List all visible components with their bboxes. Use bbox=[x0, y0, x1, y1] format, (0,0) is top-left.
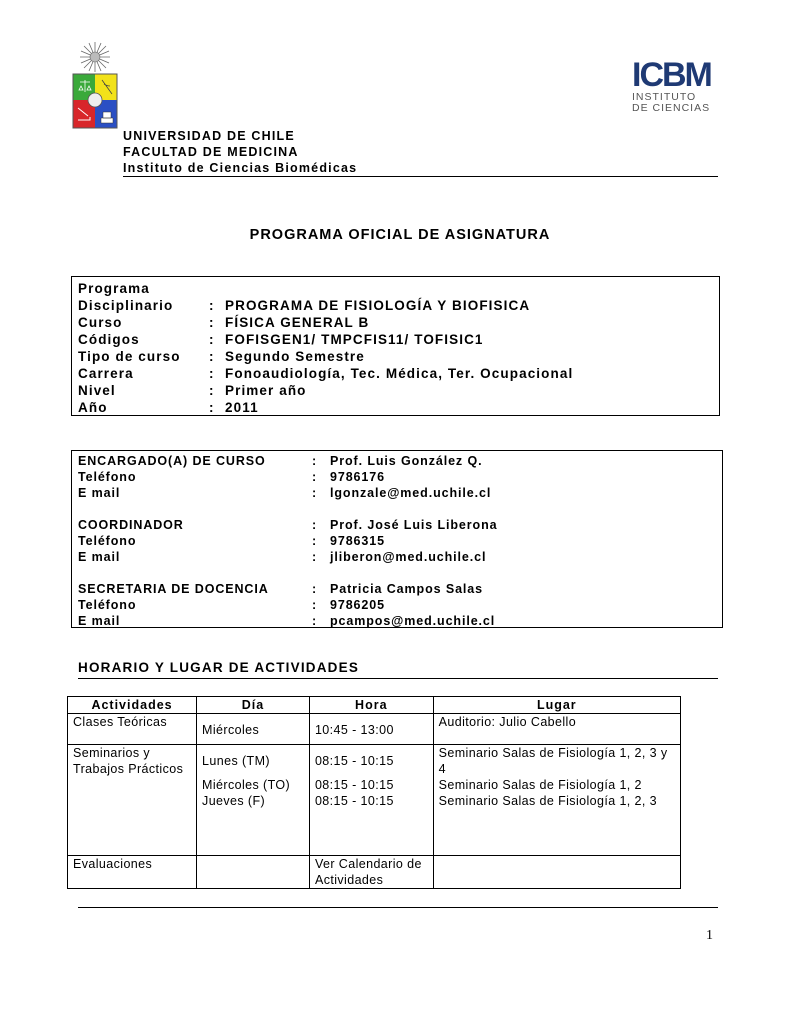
header-divider bbox=[123, 176, 718, 177]
contact-value: Prof. Luis González Q. bbox=[330, 454, 482, 468]
column-header-dia: Día bbox=[197, 697, 310, 714]
course-info-row: Nivel:Primer año bbox=[78, 382, 307, 399]
cell-dia-text: Miércoles (TO) bbox=[202, 777, 304, 793]
schedule-table: Actividades Día Hora Lugar Clases Teóric… bbox=[67, 696, 681, 889]
faculty-name: FACULTAD DE MEDICINA bbox=[123, 144, 718, 160]
university-name: UNIVERSIDAD DE CHILE bbox=[123, 128, 718, 144]
contact-label: E mail bbox=[78, 613, 312, 629]
table-header-row: Actividades Día Hora Lugar bbox=[68, 697, 681, 714]
separator: : bbox=[312, 581, 330, 597]
cell-hora-text: 08:15 - 10:15 bbox=[315, 753, 428, 769]
contact-value: 9786176 bbox=[330, 470, 385, 484]
contact-row: E mail:pcampos@med.uchile.cl bbox=[78, 613, 495, 629]
course-info-value: PROGRAMA DE FISIOLOGÍA Y BIOFISICA bbox=[225, 298, 530, 313]
column-header-actividades: Actividades bbox=[68, 697, 197, 714]
separator: : bbox=[312, 597, 330, 613]
document-title: PROGRAMA OFICIAL DE ASIGNATURA bbox=[0, 227, 800, 243]
course-info-value: FÍSICA GENERAL B bbox=[225, 315, 369, 330]
separator: : bbox=[209, 382, 225, 399]
course-info-value: Fonoaudiología, Tec. Médica, Ter. Ocupac… bbox=[225, 366, 573, 381]
course-info-row: Tipo de curso:Segundo Semestre bbox=[78, 348, 365, 365]
separator: : bbox=[312, 613, 330, 629]
course-info-row: Disciplinario:PROGRAMA DE FISIOLOGÍA Y B… bbox=[78, 297, 530, 314]
cell-dia: Miércoles bbox=[197, 714, 310, 745]
section-divider bbox=[78, 678, 718, 679]
cell-hora: Ver Calendario de Actividades bbox=[309, 856, 433, 889]
cell-lugar-text: Seminario Salas de Fisiología 1, 2, 3 bbox=[439, 793, 675, 809]
shield-icon bbox=[70, 40, 120, 134]
page-number: 1 bbox=[706, 928, 713, 944]
cell-lugar: Seminario Salas de Fisiología 1, 2, 3 y … bbox=[433, 745, 680, 856]
footer-divider bbox=[78, 907, 718, 908]
separator: : bbox=[312, 469, 330, 485]
contact-label: E mail bbox=[78, 485, 312, 501]
contacts-box: ENCARGADO(A) DE CURSO:Prof. Luis Gonzále… bbox=[71, 450, 723, 628]
cell-actividad: Clases Teóricas bbox=[68, 714, 197, 745]
course-info-row: Carrera:Fonoaudiología, Tec. Médica, Ter… bbox=[78, 365, 573, 382]
contact-value: 9786315 bbox=[330, 534, 385, 548]
universidad-de-chile-logo bbox=[70, 40, 120, 134]
cell-hora-text: 10:45 - 13:00 bbox=[315, 722, 428, 738]
separator: : bbox=[209, 399, 225, 416]
contact-row: ENCARGADO(A) DE CURSO:Prof. Luis Gonzále… bbox=[78, 453, 482, 469]
course-info-label: Tipo de curso bbox=[78, 348, 209, 365]
separator: : bbox=[312, 485, 330, 501]
cell-actividad: Evaluaciones bbox=[68, 856, 197, 889]
contact-row: E mail:lgonzale@med.uchile.cl bbox=[78, 485, 491, 501]
contact-row: E mail:jliberon@med.uchile.cl bbox=[78, 549, 486, 565]
contact-label: Teléfono bbox=[78, 533, 312, 549]
icbm-logo-mark: ICBM bbox=[632, 58, 712, 92]
course-info-label: Disciplinario bbox=[78, 297, 209, 314]
course-info-row: Códigos:FOFISGEN1/ TMPCFIS11/ TOFISIC1 bbox=[78, 331, 484, 348]
separator: : bbox=[312, 549, 330, 565]
contact-row: Teléfono:9786315 bbox=[78, 533, 385, 549]
contact-label: ENCARGADO(A) DE CURSO bbox=[78, 453, 312, 469]
course-info-label: Curso bbox=[78, 314, 209, 331]
separator: : bbox=[209, 314, 225, 331]
contact-label: E mail bbox=[78, 549, 312, 565]
cell-lugar-text: Seminario Salas de Fisiología 1, 2 bbox=[439, 777, 675, 793]
contact-row: Teléfono:9786176 bbox=[78, 469, 385, 485]
cell-dia: Lunes (TM) Miércoles (TO) Jueves (F) bbox=[197, 745, 310, 856]
table-row: Clases Teóricas Miércoles 10:45 - 13:00 … bbox=[68, 714, 681, 745]
cell-lugar bbox=[433, 856, 680, 889]
icbm-logo-line2: DE CIENCIAS bbox=[632, 103, 712, 114]
institute-name: Instituto de Ciencias Biomédicas bbox=[123, 160, 718, 176]
separator: : bbox=[209, 297, 225, 314]
cell-lugar: Auditorio: Julio Cabello bbox=[433, 714, 680, 745]
course-info-label: Códigos bbox=[78, 331, 209, 348]
contact-label: Teléfono bbox=[78, 597, 312, 613]
course-info-value: FOFISGEN1/ TMPCFIS11/ TOFISIC1 bbox=[225, 332, 484, 347]
separator: : bbox=[209, 348, 225, 365]
cell-hora: 10:45 - 13:00 bbox=[309, 714, 433, 745]
course-info-label: Carrera bbox=[78, 365, 209, 382]
course-info-value: 2011 bbox=[225, 400, 259, 415]
contact-email-link[interactable]: lgonzale@med.uchile.cl bbox=[330, 486, 491, 500]
table-row: Seminarios y Trabajos Prácticos Lunes (T… bbox=[68, 745, 681, 856]
cell-dia-text: Miércoles bbox=[202, 722, 304, 738]
course-info-row: Año:2011 bbox=[78, 399, 259, 416]
cell-actividad: Seminarios y Trabajos Prácticos bbox=[68, 745, 197, 856]
contact-label: Teléfono bbox=[78, 469, 312, 485]
course-info-label: Nivel bbox=[78, 382, 209, 399]
institution-header: UNIVERSIDAD DE CHILE FACULTAD DE MEDICIN… bbox=[123, 128, 718, 176]
course-info-row: Programa bbox=[78, 280, 209, 297]
contact-value: 9786205 bbox=[330, 598, 385, 612]
column-header-lugar: Lugar bbox=[433, 697, 680, 714]
contact-row: COORDINADOR:Prof. José Luis Liberona bbox=[78, 517, 497, 533]
column-header-hora: Hora bbox=[309, 697, 433, 714]
contact-email-link[interactable]: jliberon@med.uchile.cl bbox=[330, 550, 486, 564]
cell-hora-text: 08:15 - 10:15 bbox=[315, 777, 428, 793]
separator: : bbox=[209, 331, 225, 348]
course-info-label: Año bbox=[78, 399, 209, 416]
contact-row: Teléfono:9786205 bbox=[78, 597, 385, 613]
cell-hora-text: 08:15 - 10:15 bbox=[315, 793, 428, 809]
separator: : bbox=[312, 453, 330, 469]
cell-dia-text: Lunes (TM) bbox=[202, 753, 304, 769]
cell-hora: 08:15 - 10:15 08:15 - 10:15 08:15 - 10:1… bbox=[309, 745, 433, 856]
separator: : bbox=[312, 533, 330, 549]
contact-email-link[interactable]: pcampos@med.uchile.cl bbox=[330, 614, 495, 628]
contact-value: Prof. José Luis Liberona bbox=[330, 518, 497, 532]
contact-value: Patricia Campos Salas bbox=[330, 582, 483, 596]
separator: : bbox=[209, 365, 225, 382]
course-info-value: Primer año bbox=[225, 383, 307, 398]
cell-dia bbox=[197, 856, 310, 889]
icbm-logo: ICBM INSTITUTO DE CIENCIAS bbox=[632, 58, 712, 124]
schedule-section-title: HORARIO Y LUGAR DE ACTIVIDADES bbox=[78, 660, 359, 675]
table-row: Evaluaciones Ver Calendario de Actividad… bbox=[68, 856, 681, 889]
contact-label: COORDINADOR bbox=[78, 517, 312, 533]
cell-lugar-text: Seminario Salas de Fisiología 1, 2, 3 y … bbox=[439, 745, 675, 777]
course-info-box: Programa Disciplinario:PROGRAMA DE FISIO… bbox=[71, 276, 720, 416]
course-info-value: Segundo Semestre bbox=[225, 349, 365, 364]
cell-dia-text: Jueves (F) bbox=[202, 793, 304, 809]
separator: : bbox=[312, 517, 330, 533]
contact-row: SECRETARIA DE DOCENCIA:Patricia Campos S… bbox=[78, 581, 483, 597]
course-info-row: Curso:FÍSICA GENERAL B bbox=[78, 314, 369, 331]
contact-label: SECRETARIA DE DOCENCIA bbox=[78, 581, 312, 597]
course-info-label: Programa bbox=[78, 280, 209, 297]
